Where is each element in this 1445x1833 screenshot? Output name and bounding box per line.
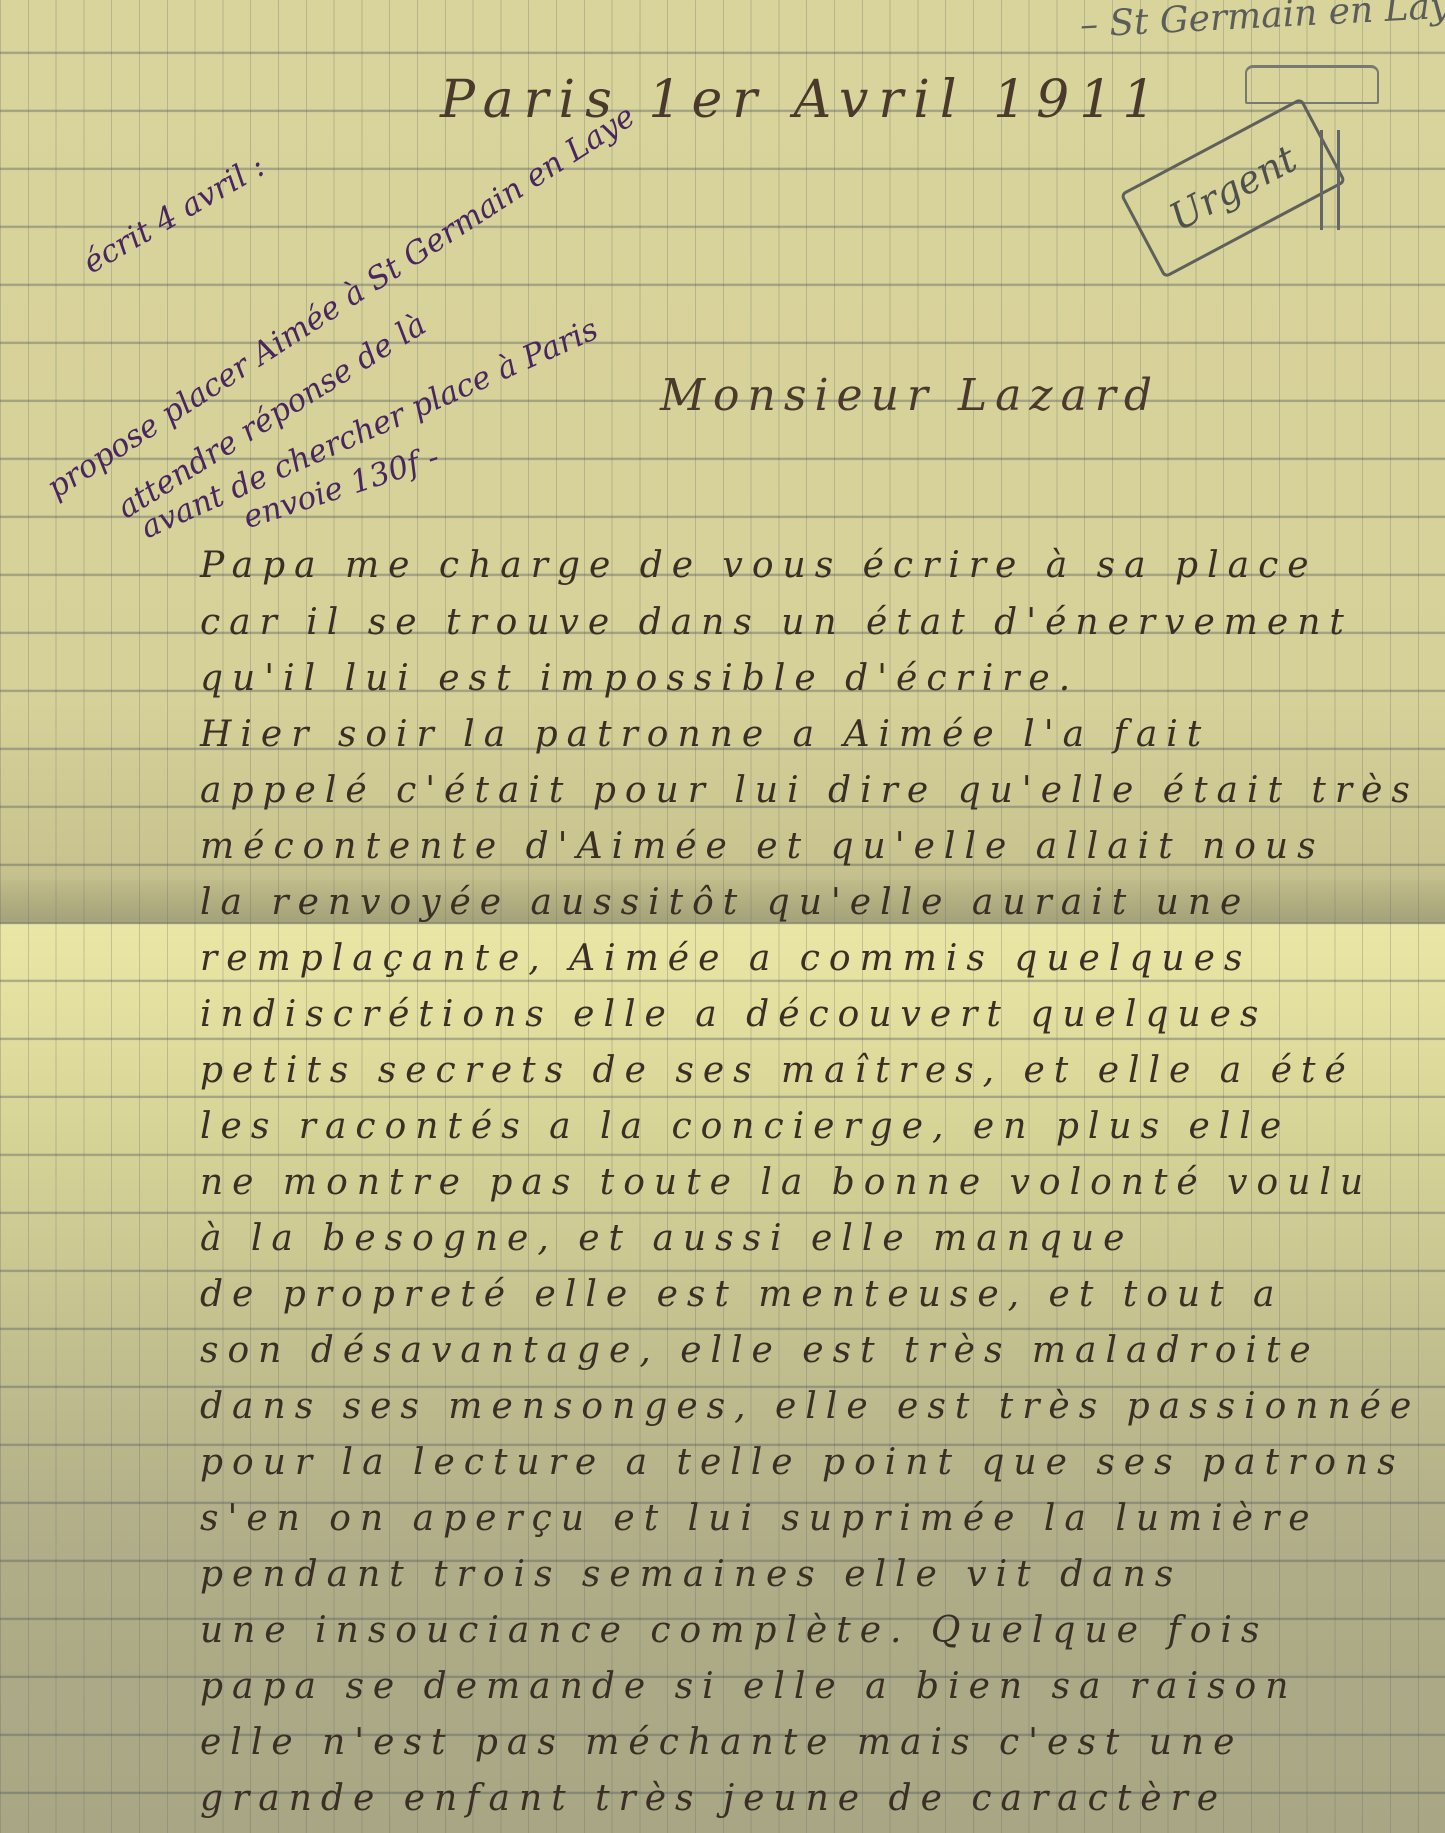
body-line: papa se demande si elle a bien sa raison: [200, 1666, 1297, 1707]
body-line: Hier soir la patronne a Aimée l'a fait: [200, 714, 1210, 755]
body-line: remplaçante, Aimée a commis quelques: [200, 938, 1251, 979]
body-line: de propreté elle est menteuse, et tout a: [200, 1274, 1283, 1315]
body-line: indiscrétions elle a découvert quelques: [200, 994, 1267, 1035]
body-line: mécontente d'Aimée et qu'elle allait nou…: [200, 826, 1325, 867]
body-line: car il se trouve dans un état d'énerveme…: [200, 602, 1353, 643]
body-line: la renvoyée aussitôt qu'elle aurait une: [200, 882, 1250, 923]
body-line: petits secrets de ses maîtres, et elle a…: [200, 1050, 1355, 1091]
body-line: dans ses mensonges, elle est très passio…: [200, 1386, 1420, 1427]
body-line: à la besogne, et aussi elle manque: [200, 1218, 1133, 1259]
place-date-heading: Paris 1er Avril 1911: [440, 70, 1165, 130]
body-line: Papa me charge de vous écrire à sa place: [200, 545, 1318, 586]
pencil-doodle: [1245, 65, 1379, 104]
body-line: elle n'est pas méchante mais c'est une: [200, 1722, 1243, 1763]
letter-page: Paris 1er Avril 1911 Monsieur Lazard – S…: [0, 0, 1445, 1833]
body-line: ne montre pas toute la bonne volonté vou…: [200, 1162, 1372, 1203]
body-line: grande enfant très jeune de caractère: [200, 1778, 1227, 1819]
body-line: pendant trois semaines elle vit dans: [200, 1554, 1182, 1595]
body-line: appelé c'était pour lui dire qu'elle éta…: [200, 770, 1419, 811]
pencil-marks: [1320, 130, 1340, 230]
body-line: pour la lecture a telle point que ses pa…: [200, 1442, 1405, 1483]
body-line: une insouciance complète. Quelque fois: [200, 1610, 1268, 1651]
body-line: les racontés a la concierge, en plus ell…: [200, 1106, 1290, 1147]
body-line: son désavantage, elle est très maladroit…: [200, 1330, 1320, 1371]
body-line: qu'il lui est impossible d'écrire.: [200, 658, 1079, 699]
salutation: Monsieur Lazard: [660, 370, 1160, 421]
body-line: s'en on aperçu et lui suprimée la lumièr…: [200, 1498, 1319, 1539]
